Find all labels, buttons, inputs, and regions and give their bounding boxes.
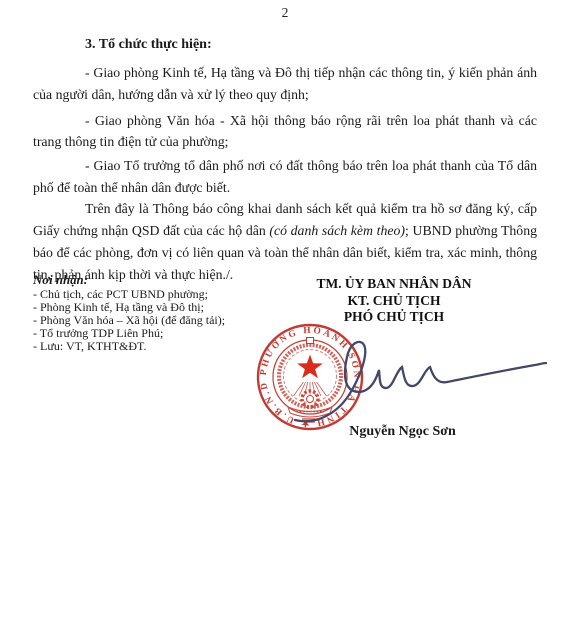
signoff-deputy: KT. CHỦ TỊCH — [268, 293, 520, 310]
paragraph: - Giao phòng Kinh tế, Hạ tầng và Đô thị … — [33, 62, 537, 105]
signoff-org: TM. ỦY BAN NHÂN DÂN — [268, 276, 520, 293]
paragraph: - Giao Tổ trưởng tổ dân phố nơi có đất t… — [33, 155, 537, 198]
section-heading: 3. Tổ chức thực hiện: — [33, 34, 537, 56]
document-body: 3. Tổ chức thực hiện: - Giao phòng Kinh … — [33, 34, 537, 285]
paragraph: - Giao phòng Văn hóa - Xã hội thông báo … — [33, 110, 537, 153]
page-number: 2 — [0, 5, 570, 21]
document-page: 2 3. Tổ chức thực hiện: - Giao phòng Kin… — [0, 0, 570, 618]
recipient-item: - Lưu: VT, KTHT&ĐT. — [33, 340, 268, 353]
recipients-block: Nơi nhận: - Chủ tịch, các PCT UBND phườn… — [33, 273, 268, 353]
recipients-label: Nơi nhận: — [33, 273, 268, 288]
closing-italic-note: (có danh sách kèm theo) — [269, 223, 405, 238]
handwritten-signature — [280, 335, 552, 427]
